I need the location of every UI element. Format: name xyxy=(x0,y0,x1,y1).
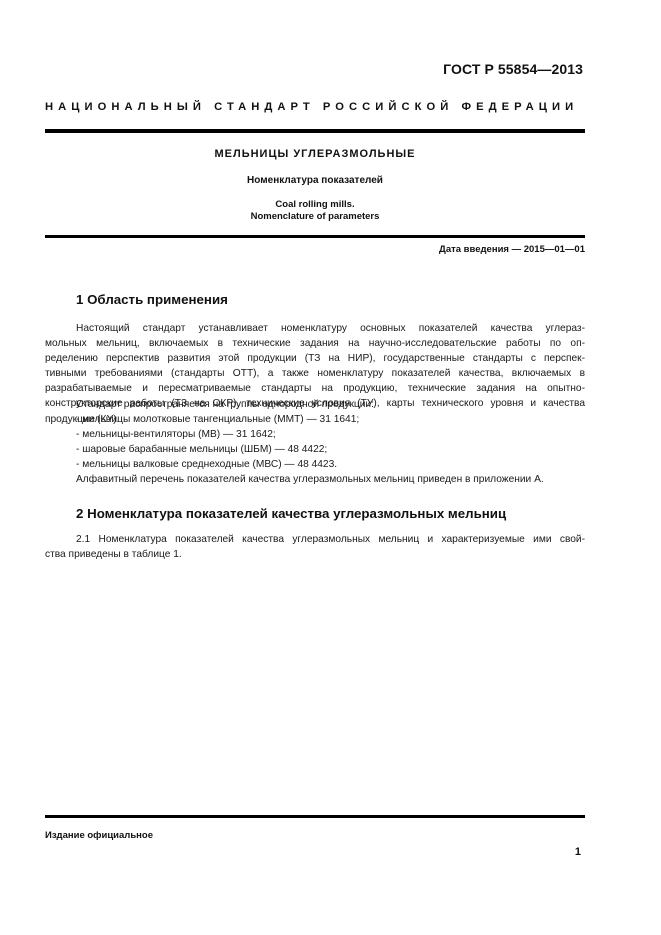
section-2-paragraph: 2.1 Номенклатура показателей качества уг… xyxy=(45,532,585,562)
english-title: Coal rolling mills. Nomenclature of para… xyxy=(45,199,585,223)
text-line: Настоящий стандарт устанавливает номенкл… xyxy=(45,321,585,336)
text-line: ства приведены в таблице 1. xyxy=(45,547,585,562)
text-line: мольных мельниц, включаемых в технически… xyxy=(45,336,585,351)
text-line: тивными требованиями (стандарты ОТТ), а … xyxy=(45,366,585,381)
document-code: ГОСТ Р 55854—2013 xyxy=(443,61,583,77)
document-subtitle: Номенклатура показателей xyxy=(45,175,585,186)
official-edition-label: Издание официальное xyxy=(45,830,153,841)
footer-divider xyxy=(45,815,585,818)
header-divider xyxy=(45,129,585,133)
list-item: - мельницы-вентиляторы (МВ) — 31 1642; xyxy=(45,427,585,442)
national-standard-banner: НАЦИОНАЛЬНЫЙ СТАНДАРТ РОССИЙСКОЙ ФЕДЕРАЦ… xyxy=(45,101,586,113)
section-2-heading: 2 Номенклатура показателей качества угле… xyxy=(76,506,506,521)
list-item: - мельницы молотковые тангенциальные (ММ… xyxy=(45,412,585,427)
list-item: - мельницы валковые среднеходные (МВС) —… xyxy=(45,457,585,472)
introduction-date: Дата введения — 2015—01—01 xyxy=(439,244,585,255)
english-title-line-2: Nomenclature of parameters xyxy=(45,211,585,223)
appendix-note: Алфавитный перечень показателей качества… xyxy=(45,472,585,487)
section-1-heading: 1 Область применения xyxy=(76,292,228,307)
text-line: разрабатываемые и пересматриваемые станд… xyxy=(45,381,585,396)
title-divider xyxy=(45,235,585,238)
page-number: 1 xyxy=(575,846,581,858)
english-title-line-1: Coal rolling mills. xyxy=(45,199,585,211)
text-line: ределению перспектив развития этой проду… xyxy=(45,351,585,366)
list-item: - шаровые барабанные мельницы (ШБМ) — 48… xyxy=(45,442,585,457)
product-groups-block: Стандарт распространяется на группы одно… xyxy=(45,397,585,488)
scope-intro: Стандарт распространяется на группы одно… xyxy=(45,397,585,412)
text-line: 2.1 Номенклатура показателей качества уг… xyxy=(45,532,585,547)
document-title: МЕЛЬНИЦЫ УГЛЕРАЗМОЛЬНЫЕ xyxy=(45,148,585,160)
